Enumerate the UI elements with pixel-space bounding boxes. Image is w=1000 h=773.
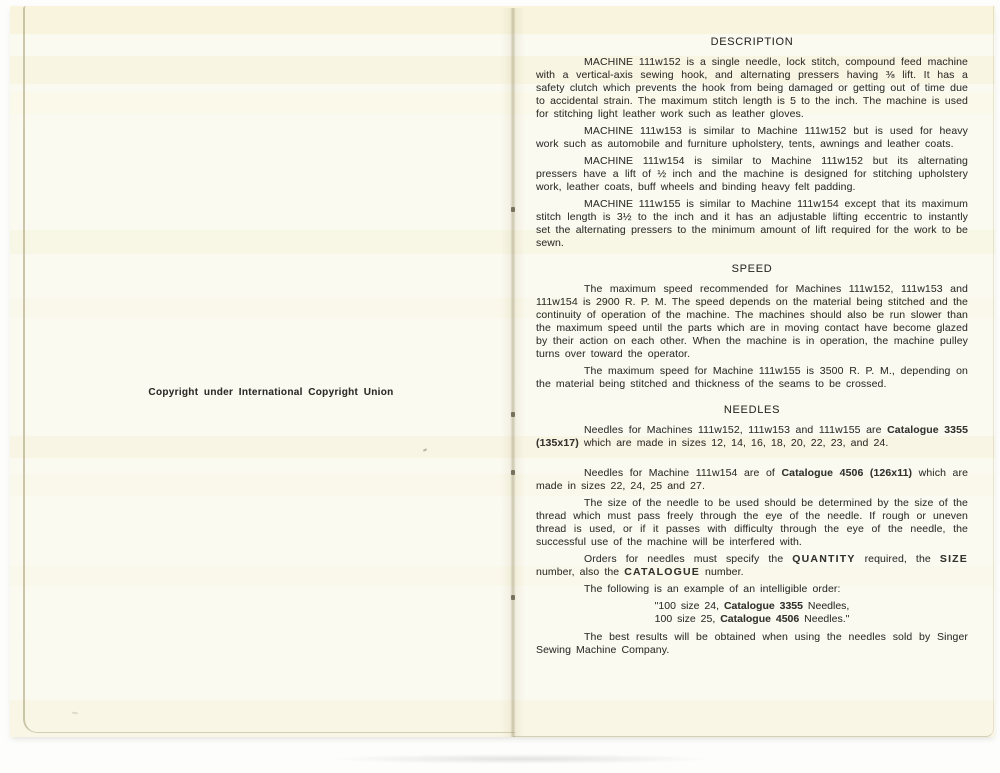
bold-text: QUANTITY [792, 553, 855, 565]
left-page: Copyright under International Copyright … [10, 6, 513, 737]
text: Needles for Machines 111w152, 111w153 an… [584, 424, 887, 436]
staple-mark [511, 595, 515, 600]
order-line: 100 size 25, Catalogue 4506 Needles." [536, 613, 968, 626]
paragraph: The best results will be obtained when u… [536, 631, 968, 657]
paragraph: Needles for Machine 111w154 are of Catal… [536, 467, 968, 493]
text: MACHINE 111w152 is a single needle, lock… [536, 56, 968, 120]
paragraph: Orders for needles must specify the QUAN… [536, 553, 968, 579]
paragraph: Needles for Machines 111w152, 111w153 an… [536, 424, 968, 450]
bold-text: CATALOGUE [624, 566, 700, 578]
paragraph: MACHINE 111w152 is a single needle, lock… [536, 56, 968, 121]
section-heading: DESCRIPTION [536, 36, 968, 48]
bold-text: Catalogue 4506 [720, 613, 799, 625]
text: number. [700, 566, 744, 578]
bold-text: Catalogue 4506 (126x11) [781, 467, 912, 479]
paragraph: MACHINE 111w155 is similar to Machine 11… [536, 198, 968, 250]
text: MACHINE 111w154 is similar to Machine 11… [536, 155, 968, 193]
text: MACHINE 111w153 is similar to Machine 11… [536, 125, 968, 150]
paragraph: The following is an example of an intell… [536, 583, 968, 596]
order-example: "100 size 24, Catalogue 3355 Needles,100… [536, 600, 968, 626]
staple-mark [511, 207, 515, 212]
booklet-spread: Copyright under International Copyright … [10, 6, 995, 737]
scan-speck [72, 712, 78, 715]
text: "100 size 24, [655, 600, 724, 612]
text: MACHINE 111w155 is similar to Machine 11… [536, 198, 968, 249]
paragraph: The size of the needle to be used should… [536, 497, 968, 549]
paragraph: MACHINE 111w154 is similar to Machine 11… [536, 155, 968, 194]
text: The maximum speed for Machine 111w155 is… [536, 365, 968, 390]
order-line: "100 size 24, Catalogue 3355 Needles, [536, 600, 968, 613]
staple-mark [511, 412, 515, 417]
scan-speck [423, 448, 427, 452]
paragraph: The maximum speed for Machine 111w155 is… [536, 365, 968, 391]
right-page: DESCRIPTIONMACHINE 111w152 is a single n… [513, 6, 995, 737]
text: required, the [856, 553, 940, 565]
staple-mark [511, 470, 515, 475]
scanned-manual-screenshot: Copyright under International Copyright … [0, 0, 1000, 773]
text: The following is an example of an intell… [584, 583, 841, 595]
section-heading: NEEDLES [536, 404, 968, 416]
section-heading: SPEED [536, 263, 968, 275]
text: Orders for needles must specify the [584, 553, 792, 565]
page-shadow [330, 754, 710, 764]
bold-text: SIZE [940, 553, 968, 565]
text: Needles." [799, 613, 849, 625]
copyright-notice: Copyright under International Copyright … [131, 387, 411, 398]
text: number, also the [536, 566, 624, 578]
text: which are made in sizes 12, 14, 16, 18, … [579, 437, 889, 449]
paragraph: MACHINE 111w153 is similar to Machine 11… [536, 125, 968, 151]
text: The best results will be obtained when u… [536, 631, 968, 656]
text: Needles for Machine 111w154 are of [584, 467, 781, 479]
bold-text: Catalogue 3355 [724, 600, 803, 612]
text: Needles, [803, 600, 849, 612]
right-page-sections: DESCRIPTIONMACHINE 111w152 is a single n… [513, 6, 995, 661]
text: The maximum speed recommended for Machin… [536, 283, 968, 360]
paragraph: The maximum speed recommended for Machin… [536, 283, 968, 361]
text: 100 size 25, [655, 613, 721, 625]
text: The size of the needle to be used should… [536, 497, 968, 548]
